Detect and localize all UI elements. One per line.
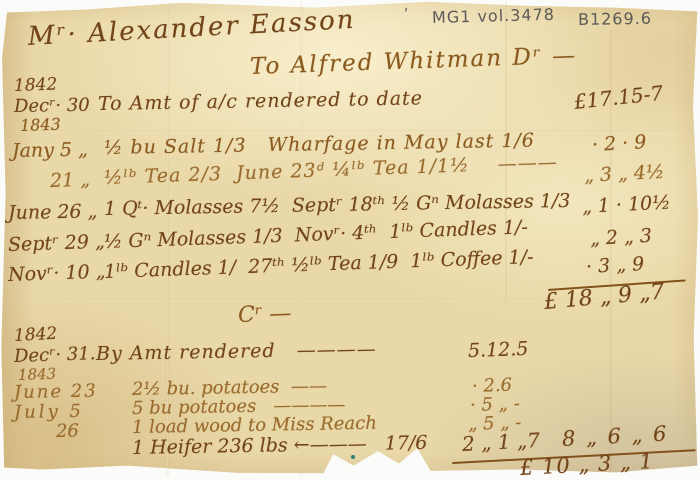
debit-year-1843: 1843 [20, 115, 61, 135]
credit-row-amount: 2 „ 1 „7 [461, 428, 540, 456]
credit-row-desc: 1 Heifer 236 lbs ←——— 17/6 [132, 432, 428, 459]
archival-ref-1: MG1 vol.3478 [432, 5, 555, 27]
debit-row-date: Septʳ 29 „ [8, 231, 105, 256]
debit-row-amount: · 2 · 9 [591, 131, 646, 156]
debit-row-date: 21 „ [50, 169, 91, 192]
debit-row-date: June 26 „ [8, 200, 98, 224]
credit-heading: Cʳ — [238, 301, 292, 328]
credit-row-date: 26 [56, 421, 79, 442]
debit-row-amount: · 3 „ 9 [585, 253, 644, 278]
debit-row-date: Novʳ· 10 „ [8, 261, 106, 286]
debit-row-amount: „ 1 · 10½ [581, 191, 671, 218]
debit-row-date: Jany 5 „ [12, 139, 88, 162]
ink-dot [351, 455, 355, 459]
credit-row-date: Decʳ· 31. [14, 343, 96, 367]
credit-row-date: July 5 [14, 401, 84, 423]
document-scan: ʹ MG1 vol.3478 B1269.6 Mʳ· Alexander Eas… [0, 0, 700, 481]
debit-opening-date: Decʳ· 30 [14, 95, 90, 117]
credit-year-1842: 1842 [13, 324, 57, 346]
pencil-tick: ʹ [404, 6, 409, 24]
credit-row-amount: 5.12.5 [468, 338, 529, 362]
credit-row-date: June 23 [14, 381, 98, 403]
archival-ref-2: B1269.6 [578, 9, 652, 29]
debit-row-amount: „ 3 „ 4½ [583, 161, 664, 187]
debit-row-amount: „ 2 „ 3 [589, 225, 652, 250]
debit-year-1842: 1842 [14, 74, 58, 95]
